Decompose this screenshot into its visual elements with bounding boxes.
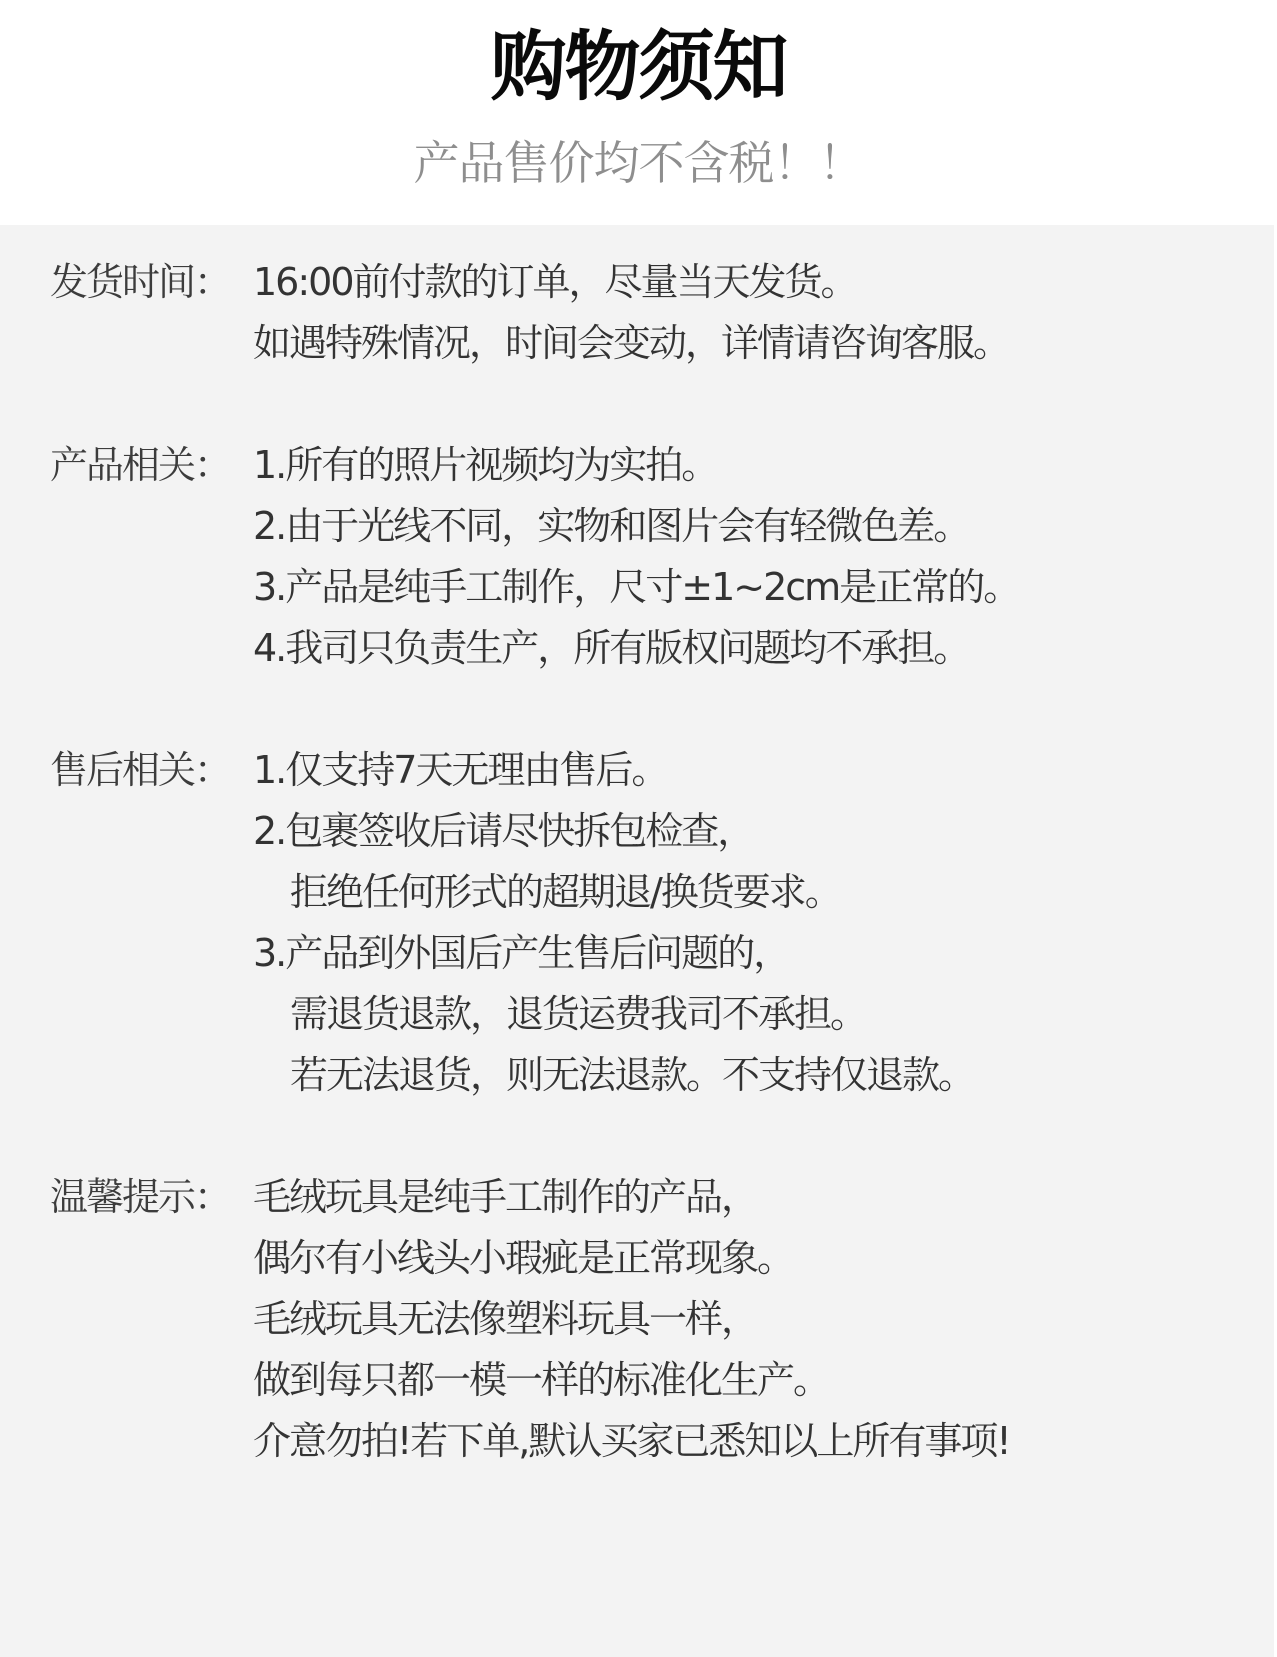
section-line: 介意勿拍!若下单,默认买家已悉知以上所有事项! — [253, 1417, 1010, 1465]
section-line: 如遇特殊情况，时间会变动，详情请咨询客服。 — [253, 319, 1009, 367]
section-line: 毛绒玩具无法像塑料玩具一样， — [253, 1295, 757, 1343]
page-title: 购物须知 — [0, 22, 1277, 112]
section-line: 偶尔有小线头小瑕疵是正常现象。 — [253, 1234, 793, 1282]
section-line: 1.仅支持7天无理由售后。 — [253, 746, 667, 794]
section-line: 需退货退款，退货运费我司不承担。 — [290, 990, 866, 1038]
header: 购物须知 产品售价均不含税！！ — [0, 0, 1277, 225]
section-label: 发货时间： — [50, 258, 230, 306]
section-label: 温馨提示： — [50, 1173, 230, 1221]
section-line: 2.包裹签收后请尽快拆包检查， — [253, 807, 753, 855]
section-line: 16:00前付款的订单，尽量当天发货。 — [253, 258, 857, 306]
section-line: 2.由于光线不同，实物和图片会有轻微色差。 — [253, 502, 969, 550]
tax-notice-subtitle: 产品售价均不含税！！ — [0, 133, 1277, 193]
section-label: 产品相关： — [50, 441, 230, 489]
section-line: 3.产品到外国后产生售后问题的， — [253, 929, 789, 977]
section-line: 拒绝任何形式的超期退/换货要求。 — [290, 868, 841, 916]
section-line: 4.我司只负责生产，所有版权问题均不承担。 — [253, 624, 969, 672]
section-line: 毛绒玩具是纯手工制作的产品， — [253, 1173, 757, 1221]
section-line: 做到每只都一模一样的标准化生产。 — [253, 1356, 829, 1404]
section-line: 若无法退货，则无法退款。不支持仅退款。 — [290, 1051, 974, 1099]
section-label: 售后相关： — [50, 746, 230, 794]
section-line: 1.所有的照片视频均为实拍。 — [253, 441, 717, 489]
notice-panel: 发货时间： 16:00前付款的订单，尽量当天发货。 如遇特殊情况，时间会变动，详… — [0, 225, 1274, 1657]
section-line: 3.产品是纯手工制作，尺寸±1~2cm是正常的。 — [253, 563, 1019, 611]
